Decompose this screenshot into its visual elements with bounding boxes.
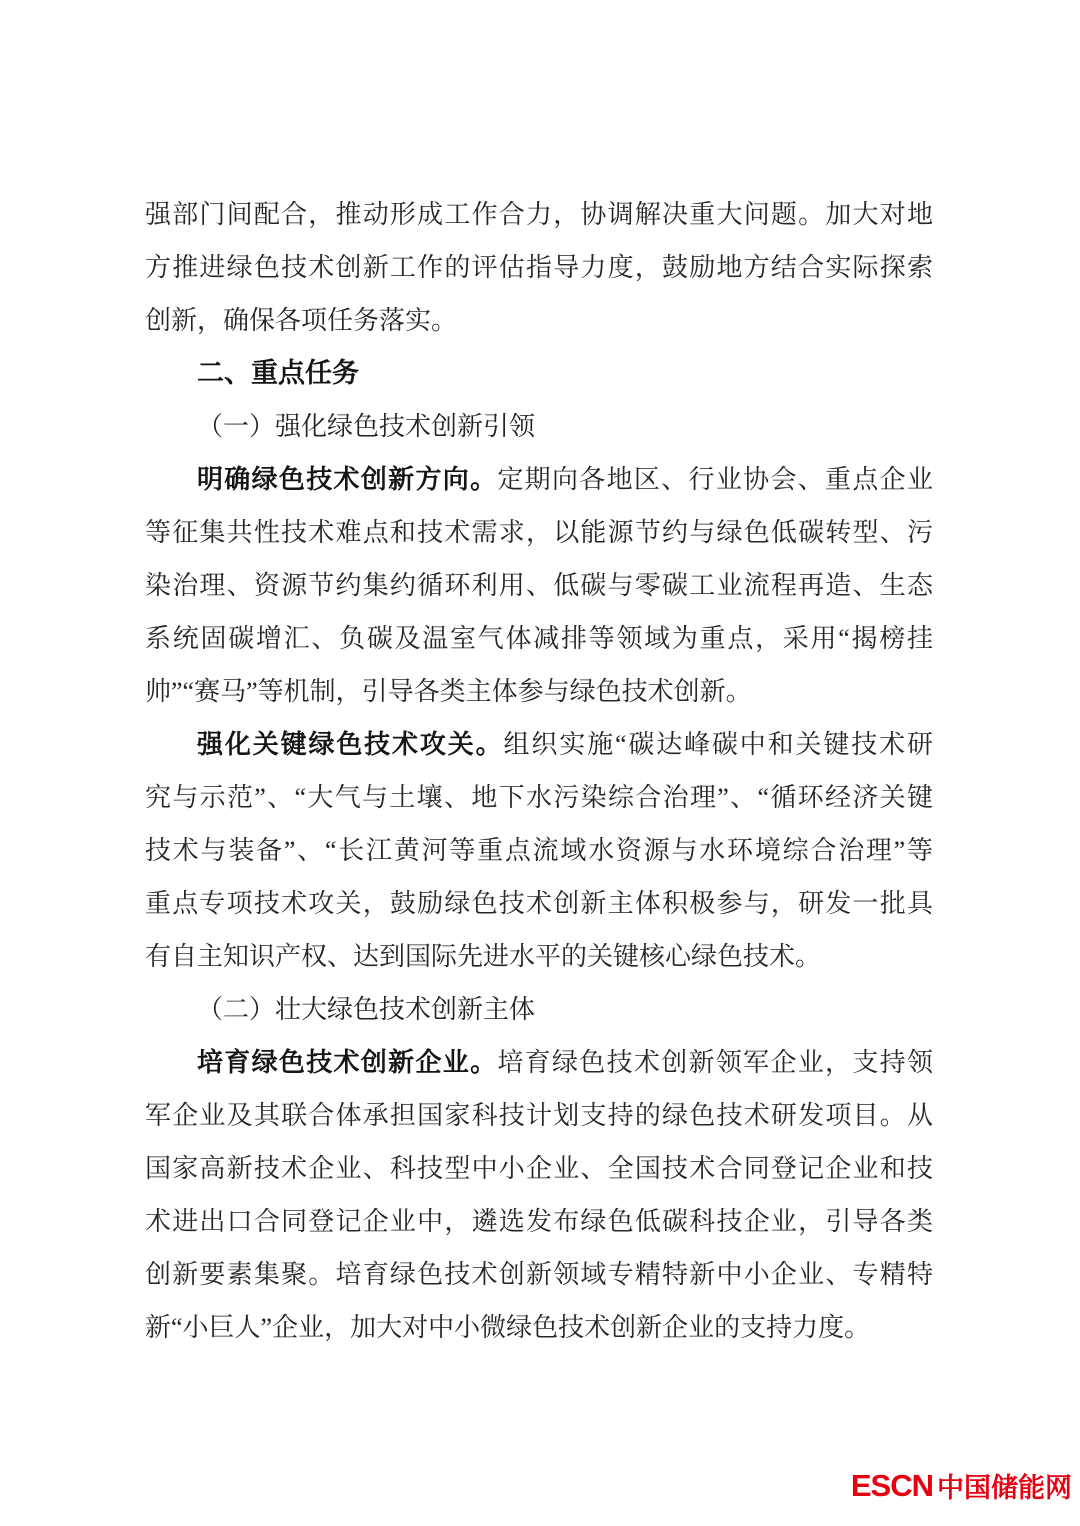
paragraph-line: 重点专项技术攻关，鼓励绿色技术创新主体积极参与，研发一批具 — [145, 877, 933, 930]
bold-lead-label: 培育绿色技术创新企业。 — [197, 1047, 497, 1077]
document-page: 强部门间配合，推动形成工作合力，协调解决重大问题。加大对地方推进绿色技术创新工作… — [0, 0, 1080, 1526]
paragraph-line: 强部门间配合，推动形成工作合力，协调解决重大问题。加大对地 — [145, 188, 933, 241]
paragraph-line: 等征集共性技术难点和技术需求，以能源节约与绿色低碳转型、污 — [145, 506, 933, 559]
line-text: 究与示范”、“大气与土壤、地下水污染综合治理”、“循环经济关键 — [145, 783, 933, 812]
paragraph-line: 帅”“赛马”等机制，引导各类主体参与绿色技术创新。 — [145, 665, 933, 718]
escn-logo-latin: ESCN — [851, 1468, 933, 1504]
line-text: 方推进绿色技术创新工作的评估指导力度，鼓励地方结合实际探索 — [145, 253, 933, 282]
line-text: 强部门间配合，推动形成工作合力，协调解决重大问题。加大对地 — [145, 200, 933, 229]
paragraph-line: 国家高新技术企业、科技型中小企业、全国技术合同登记企业和技 — [145, 1142, 933, 1195]
line-text: （一）强化绿色技术创新引领 — [197, 412, 535, 441]
document-text: 强部门间配合，推动形成工作合力，协调解决重大问题。加大对地方推进绿色技术创新工作… — [145, 188, 933, 1354]
bold-lead-label: 明确绿色技术创新方向。 — [197, 464, 497, 494]
paragraph-line: 技术与装备”、“长江黄河等重点流域水资源与水环境综合治理”等 — [145, 824, 933, 877]
paragraph-line: 新“小巨人”企业，加大对中小微绿色技术创新企业的支持力度。 — [145, 1301, 933, 1354]
line-text: 培育绿色技术创新领军企业，支持领 — [497, 1048, 933, 1077]
paragraph-line: 明确绿色技术创新方向。定期向各地区、行业协会、重点企业 — [145, 453, 933, 506]
line-text: 组织实施“碳达峰碳中和关键技术研 — [504, 730, 934, 759]
line-text: 术进出口合同登记企业中，遴选发布绿色低碳科技企业，引导各类 — [145, 1207, 933, 1236]
line-text: 创新要素集聚。培育绿色技术创新领域专精特新中小企业、专精特 — [145, 1260, 933, 1289]
paragraph-line: 染治理、资源节约集约循环利用、低碳与零碳工业流程再造、生态 — [145, 559, 933, 612]
line-text: 二、重点任务 — [197, 358, 359, 388]
paragraph-line: 军企业及其联合体承担国家科技计划支持的绿色技术研发项目。从 — [145, 1089, 933, 1142]
line-text: 创新，确保各项任务落实。 — [145, 306, 457, 335]
paragraph-line: 创新，确保各项任务落实。 — [145, 294, 933, 347]
paragraph-line: 培育绿色技术创新企业。培育绿色技术创新领军企业，支持领 — [145, 1036, 933, 1089]
line-text: 新“小巨人”企业，加大对中小微绿色技术创新企业的支持力度。 — [145, 1313, 870, 1342]
paragraph-line: 术进出口合同登记企业中，遴选发布绿色低碳科技企业，引导各类 — [145, 1195, 933, 1248]
line-text: 国家高新技术企业、科技型中小企业、全国技术合同登记企业和技 — [145, 1154, 933, 1183]
line-text: （二）壮大绿色技术创新主体 — [197, 995, 535, 1024]
line-text: 染治理、资源节约集约循环利用、低碳与零碳工业流程再造、生态 — [145, 571, 933, 600]
line-text: 帅”“赛马”等机制，引导各类主体参与绿色技术创新。 — [145, 677, 752, 706]
paragraph-line: 系统固碳增汇、负碳及温室气体减排等领域为重点，采用“揭榜挂 — [145, 612, 933, 665]
paragraph-line: 强化关键绿色技术攻关。组织实施“碳达峰碳中和关键技术研 — [145, 718, 933, 771]
paragraph-line: 创新要素集聚。培育绿色技术创新领域专精特新中小企业、专精特 — [145, 1248, 933, 1301]
subsection-heading: （一）强化绿色技术创新引领 — [145, 400, 933, 453]
line-text: 军企业及其联合体承担国家科技计划支持的绿色技术研发项目。从 — [145, 1101, 933, 1130]
line-text: 定期向各地区、行业协会、重点企业 — [497, 465, 933, 494]
line-text: 重点专项技术攻关，鼓励绿色技术创新主体积极参与，研发一批具 — [145, 889, 933, 918]
escn-logo: ESCN 中国储能网 — [851, 1466, 1072, 1505]
section-heading: 二、重点任务 — [145, 347, 933, 400]
line-text: 等征集共性技术难点和技术需求，以能源节约与绿色低碳转型、污 — [145, 518, 933, 547]
line-text: 技术与装备”、“长江黄河等重点流域水资源与水环境综合治理”等 — [145, 836, 933, 865]
paragraph-line: 有自主知识产权、达到国际先进水平的关键核心绿色技术。 — [145, 930, 933, 983]
line-text: 有自主知识产权、达到国际先进水平的关键核心绿色技术。 — [145, 942, 821, 971]
bold-lead-label: 强化关键绿色技术攻关。 — [197, 729, 504, 759]
paragraph-line: 究与示范”、“大气与土壤、地下水污染综合治理”、“循环经济关键 — [145, 771, 933, 824]
line-text: 系统固碳增汇、负碳及温室气体减排等领域为重点，采用“揭榜挂 — [145, 624, 933, 653]
paragraph-line: 方推进绿色技术创新工作的评估指导力度，鼓励地方结合实际探索 — [145, 241, 933, 294]
subsection-heading: （二）壮大绿色技术创新主体 — [145, 983, 933, 1036]
escn-logo-chinese: 中国储能网 — [937, 1466, 1072, 1505]
